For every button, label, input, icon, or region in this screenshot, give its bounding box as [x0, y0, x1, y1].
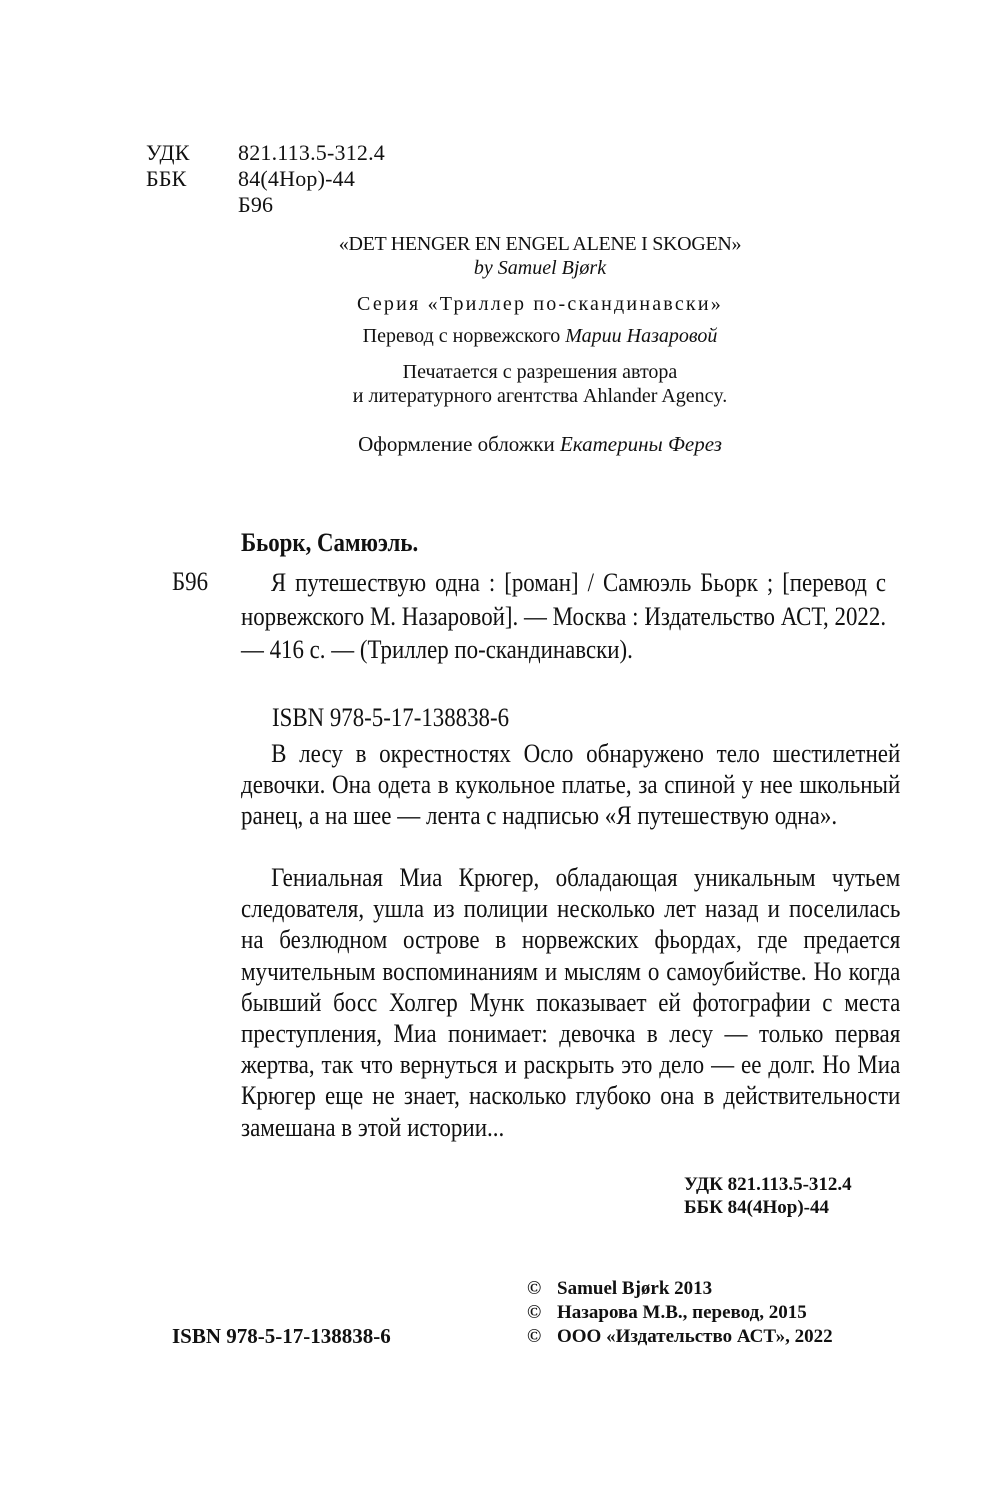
bottom-isbn: ISBN 978-5-17-138838-6	[172, 1324, 391, 1349]
cover-design-line: Оформление обложки Екатерины Ферез	[240, 432, 840, 456]
permission-note: Печатается с разрешения автора и литерат…	[240, 360, 840, 408]
bottom-bbk: ББК 84(4Нор)-44	[684, 1196, 852, 1219]
original-title: «DET HENGER EN ENGEL ALENE I SKOGEN»	[240, 232, 840, 256]
bbk-row: ББК 84(4Нор)-44	[146, 166, 385, 192]
bottom-classification: УДК 821.113.5-312.4 ББК 84(4Нор)-44	[684, 1173, 852, 1219]
permission-line-2: и литературного агентства Ahlander Agenc…	[240, 384, 840, 408]
translation-prefix: Перевод с норвежского	[363, 325, 566, 347]
udk-row: УДК 821.113.5-312.4	[146, 140, 385, 166]
original-author: by Samuel Bjørk	[240, 256, 840, 280]
catalogue-code: Б96	[172, 567, 208, 597]
copyright-line: © Samuel Bjørk 2013	[527, 1277, 833, 1301]
copyright-line: © ООО «Издательство АСТ», 2022	[527, 1325, 833, 1349]
series-line: Серия «Триллер по-скандинавски»	[240, 292, 840, 316]
copyright-line: © Назарова М.В., перевод, 2015	[527, 1301, 833, 1325]
catalogue-author-heading: Бьорк, Самюэль.	[241, 528, 418, 558]
annotation-paragraph-2: Гениальная Миа Крюгер, обладающая уникал…	[241, 862, 900, 1143]
copyright-block: © Samuel Bjørk 2013 © Назарова М.В., пер…	[527, 1277, 833, 1349]
annotation-text-1: В лесу в окрестностях Осло обнаружено те…	[241, 738, 900, 832]
bottom-udk: УДК 821.113.5-312.4	[684, 1173, 852, 1196]
copyright-icon: ©	[527, 1277, 557, 1301]
cover-prefix: Оформление обложки	[358, 432, 560, 456]
bbk-label: ББК	[146, 166, 238, 192]
copyright-holder-publisher: ООО «Издательство АСТ», 2022	[557, 1325, 833, 1349]
permission-line-1: Печатается с разрешения автора	[240, 360, 840, 384]
copyright-holder-translator: Назарова М.В., перевод, 2015	[557, 1301, 807, 1325]
author-sign: Б96	[238, 192, 273, 218]
author-sign-row: Б96	[146, 192, 385, 218]
annotation-text-2: Гениальная Миа Крюгер, обладающая уникал…	[241, 862, 900, 1143]
catalogue-description: Я путешествую одна : [роман] / Самюэль Б…	[241, 566, 886, 667]
catalogue-isbn: ISBN 978-5-17-138838-6	[272, 703, 509, 733]
copyright-icon: ©	[527, 1301, 557, 1325]
annotation-paragraph-1: В лесу в окрестностях Осло обнаружено те…	[241, 738, 900, 832]
udk-label: УДК	[146, 140, 238, 166]
translation-line: Перевод с норвежского Марии Назаровой	[240, 324, 840, 348]
classification-block: УДК 821.113.5-312.4 ББК 84(4Нор)-44 Б96	[146, 140, 385, 218]
bbk-value: 84(4Нор)-44	[238, 166, 355, 192]
cover-designer: Екатерины Ферез	[560, 432, 722, 456]
translator-name: Марии Назаровой	[565, 325, 717, 347]
udk-value: 821.113.5-312.4	[238, 140, 385, 166]
copyright-holder-author: Samuel Bjørk 2013	[557, 1277, 712, 1301]
copyright-icon: ©	[527, 1325, 557, 1349]
